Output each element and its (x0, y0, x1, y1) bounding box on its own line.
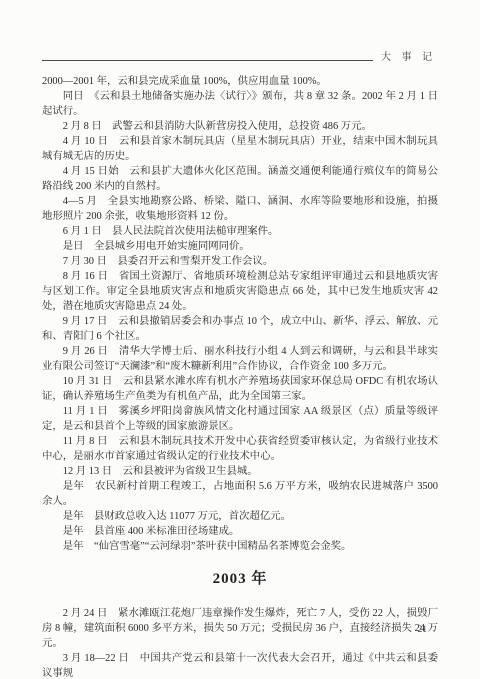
chronicle-entry: 是年 “仙宫雪毫”“云河绿羽”茶叶获中国精品名茶博览会金奖。 (42, 539, 438, 554)
chronicle-entry: 9 月 17 日 云和县撤销居委会和办事点 10 个，成立中山、新华、浮云、解放… (42, 314, 438, 344)
chronicle-entry: 是年 县首座 400 米标准田径场建成。 (42, 524, 438, 539)
chronicle-entry: 9 月 26 日 清华大学博士后、丽水科技行小组 4 人到云和调研，与云和县半球… (42, 344, 438, 374)
chronicle-entry: 2 月 8 日 武警云和县消防大队新营房投入使用，总投资 486 万元。 (42, 119, 438, 134)
chronicle-entry: 4 月 10 日 云和县首家木制玩具店（星星木制玩具店）开业，结束中国木制玩具城… (42, 134, 438, 164)
chronicle-entry: 同日 《云和县土地储备实施办法〈试行〉》颁布，共 8 章 32 条。2002 年… (42, 89, 438, 119)
chronicle-entry: 8 月 16 日 省国土资源厅、省地质环境检测总站专家组评审通过云和县地质灾害与… (42, 269, 438, 314)
chronicle-entry: 7 月 30 日 县委召开云和雪梨开发工作会议。 (42, 254, 438, 269)
chronicle-entry: 3 月 18—22 日 中国共产党云和县第十一次代表大会召开，通过《中共云和县委… (42, 651, 438, 679)
page-number: 21 (418, 625, 428, 635)
chronicle-entry: 11 月 1 日 雾溪乡坪阳岗畲族风情文化村通过国家 AA 级景区（点）质量等级… (42, 404, 438, 434)
header-rule (42, 60, 373, 61)
chronicle-entry: 11 月 8 日 云和县木制玩具技术开发中心获省经贸委审核认定，为省级行业技术中… (42, 434, 438, 464)
chronicle-entry: 4 月 15 日始 云和县扩大遗体火化区范围。涵盖交通便利能通行殡仪车的简易公路… (42, 164, 438, 194)
document-page: 大 事 记 2000—2001 年，云和县完成采血量 100%，供应用血量 10… (0, 0, 480, 679)
page-body: 2000—2001 年，云和县完成采血量 100%，供应用血量 100%。 同日… (42, 74, 438, 679)
chronicle-entry: 2 月 24 日 紧水滩瓯江花炮厂违章操作发生爆炸，死亡 7 人，受伤 22 人… (42, 606, 438, 651)
running-head-title: 大 事 记 (373, 48, 436, 63)
chronicle-entry: 2000—2001 年，云和县完成采血量 100%，供应用血量 100%。 (42, 74, 438, 89)
chronicle-entry: 是年 县财政总收入达 11077 万元，首次超亿元。 (42, 509, 438, 524)
chronicle-entry: 4—5 月 全县实地勘察公路、桥梁、隘口、涵洞、水库等险要地形和设施，拍摄地形照… (42, 194, 438, 224)
running-head: 大 事 记 (42, 48, 436, 63)
chronicle-entry: 是年 农民新村首期工程竣工，占地面积 5.6 万平方米，吸纳农民进城落户 350… (42, 479, 438, 509)
section-heading-year: 2003 年 (42, 569, 438, 589)
chronicle-entry: 是日 全县城乡用电开始实施同网同价。 (42, 239, 438, 254)
chronicle-entry: 10 月 31 日 云和县紧水滩水库有机水产养殖场获国家环保总局 OFDC 有机… (42, 374, 438, 404)
chronicle-entry: 6 月 1 日 县人民法院首次使用法槌审理案件。 (42, 224, 438, 239)
chronicle-entry: 12 月 13 日 云和县被评为省级卫生县城。 (42, 464, 438, 479)
